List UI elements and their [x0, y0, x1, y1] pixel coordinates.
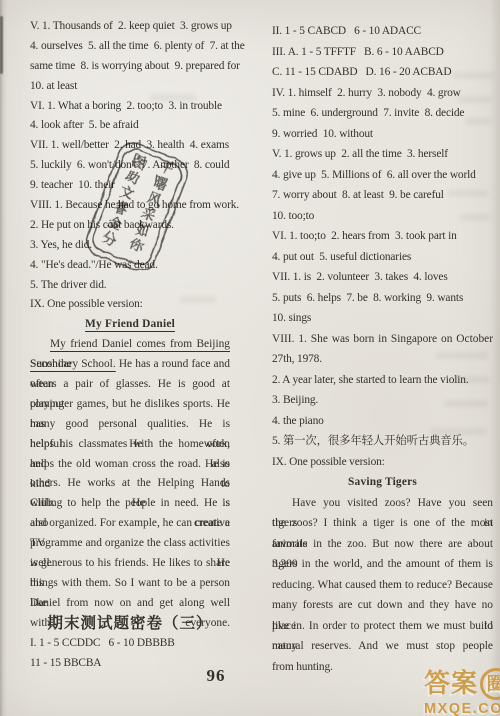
text-segment: 4. ourselves 5. all the time 6. plenty o…: [30, 40, 245, 52]
text-segment: natural reserves. And we must stop peopl…: [272, 640, 493, 652]
text-line: VI. 1. too;to 2. hears from 3. took part…: [272, 226, 493, 247]
text-segment: 9. worried 10. without: [272, 128, 373, 140]
text-line: 2. A year later, she started to learn th…: [272, 370, 493, 391]
text-line: 4. give up 5. Millions of 6. all over th…: [272, 165, 493, 186]
text-line: the zoos? I think a tiger is one of the …: [272, 513, 493, 534]
scan-edge-shadow-left: [0, 0, 7, 716]
text-segment: 10. too;to: [272, 210, 314, 222]
text-segment: same time 8. is worrying about 9. prepar…: [30, 60, 240, 72]
text-segment: tigers in the world, and the amount of t…: [272, 558, 493, 570]
text-line: willing to help the people in need. He i…: [30, 494, 230, 514]
text-line: II. 1 - 5 CABCD 6 - 10 ADACC: [272, 21, 493, 42]
essay-title: My Friend Daniel: [30, 315, 230, 335]
text-line: natural reserves. And we must stop peopl…: [272, 636, 493, 657]
text-line: I. 1 - 5 CCDDC 6 - 10 DBBBB: [30, 634, 230, 654]
text-line: VIII. 1. She was born in Singapore on Oc…: [272, 329, 493, 350]
text-segment: 5. mine 6. underground 7. invite 8. deci…: [272, 107, 464, 119]
text-segment: 5. puts 6. helps 7. be 8. working 9. wan…: [272, 292, 463, 304]
text-line: others. He works at the Helping Hands Cl…: [30, 474, 230, 494]
text-line: animals in the zoo. But now there are ab…: [272, 534, 493, 555]
watermark-circled-char: 圈: [480, 668, 500, 700]
text-line: Daniel from now on and get along well wi…: [30, 594, 230, 614]
text-segment: 10. sings: [272, 312, 311, 324]
text-line: V. 1. grows up 2. all the time 3. hersel…: [272, 144, 493, 165]
text-segment: 10. at least: [30, 80, 77, 92]
text-segment: from hunting.: [272, 661, 333, 673]
text-line: 10. too;to: [272, 206, 493, 227]
watermark-site-url: MXQE.COM: [424, 701, 500, 716]
text-segment: II. 1 - 5 CABCD 6 - 10 ADACC: [272, 25, 421, 37]
text-segment: 4. look after 5. be afraid: [30, 119, 139, 131]
text-segment: V. 1. grows up 2. all the time 3. hersel…: [272, 148, 448, 160]
text-line: many forests are cut down and they have …: [272, 595, 493, 616]
text-segment: VIII. 1. She was born in Singapore on Oc…: [272, 333, 493, 345]
page-number: 96: [196, 666, 236, 686]
text-line: 5. puts 6. helps 7. be 8. working 9. wan…: [272, 288, 493, 309]
text-segment: 5. 第一次，很多年轻人开始听古典音乐。: [272, 435, 474, 447]
text-line: and organized. For example, he can creat…: [30, 514, 230, 534]
scanned-answer-sheet-page: V. 1. Thousands of 2. keep quiet 3. grow…: [0, 0, 500, 716]
text-line: computer games, but he dislikes sports. …: [30, 395, 230, 415]
text-line: 27th, 1978.: [272, 349, 493, 370]
text-segment: VII. 1. is 2. volunteer 3. takes 4. love…: [272, 271, 448, 283]
text-line: IV. 1. himself 2. hurry 3. nobody 4. gro…: [272, 83, 493, 104]
text-line: C. 11 - 15 CDABD D. 16 - 20 ACBAD: [272, 62, 493, 83]
answers-column-right: II. 1 - 5 CABCD 6 - 10 ADACCIII. A. 1 - …: [272, 21, 493, 677]
text-segment: IX. One possible version:: [30, 298, 143, 310]
text-line: 5. 第一次，很多年轻人开始听古典音乐。: [272, 431, 493, 452]
text-line: 3. Beijing.: [272, 390, 493, 411]
text-segment: 4. give up 5. Millions of 6. all over th…: [272, 169, 476, 181]
text-segment: V. 1. Thousands of 2. keep quiet 3. grow…: [30, 20, 232, 32]
text-line: 10. at least: [30, 77, 230, 97]
underlined-text: Secondary School.: [30, 358, 116, 370]
text-segment: 7. worry about 8. at least 9. be careful: [272, 189, 444, 201]
text-segment: VI. 1. What a boring 2. too;to 3. in tro…: [30, 100, 222, 112]
text-line: programme and organize the class activit…: [30, 534, 230, 554]
text-line: many good personal qualities. He is help…: [30, 415, 230, 435]
text-line: VI. 1. What a boring 2. too;to 3. in tro…: [30, 97, 230, 117]
essay-title: Saving Tigers: [272, 472, 493, 493]
text-segment: 3. Beijing.: [272, 394, 318, 406]
scan-edge-mark: [0, 16, 3, 74]
text-segment: IX. One possible version:: [272, 456, 385, 468]
text-segment: 期末测试题密卷（三）: [47, 615, 212, 632]
text-line: 4. look after 5. be afraid: [30, 116, 230, 136]
text-line: is generous to his friends. He likes to …: [30, 554, 230, 574]
text-line: VII. 1. is 2. volunteer 3. takes 4. love…: [272, 267, 493, 288]
text-segment: 5. The driver did.: [30, 279, 107, 291]
text-line: My friend Daniel comes from Beijing Suns…: [30, 335, 230, 355]
text-line: 4. ourselves 5. all the time 6. plenty o…: [30, 37, 230, 57]
text-line: things with them. So I want to be a pers…: [30, 574, 230, 594]
text-line: Have you visited zoos? Have you seen tig…: [272, 493, 493, 514]
text-segment: VI. 1. too;to 2. hears from 3. took part…: [272, 230, 457, 242]
text-line: wears a pair of glasses. He is good at p…: [30, 375, 230, 395]
text-line: 4. the piano: [272, 411, 493, 432]
text-segment: C. 11 - 15 CDABD D. 16 - 20 ACBAD: [272, 66, 451, 78]
text-segment: 4. the piano: [272, 415, 324, 427]
text-segment: 11 - 15 BBCBA: [30, 657, 101, 669]
text-segment: 4. put out 5. useful dictionaries: [272, 251, 411, 263]
watermark-brand-text: 答案: [424, 668, 478, 698]
text-segment: 27th, 1978.: [272, 353, 322, 365]
answers-column-left: V. 1. Thousands of 2. keep quiet 3. grow…: [30, 17, 230, 673]
watermark-brand: 答案圈: [424, 663, 500, 700]
section-heading: 期末测试题密卷（三）: [30, 614, 230, 634]
text-line: helps the old woman cross the road. He i…: [30, 455, 230, 475]
text-line: IX. One possible version:: [272, 452, 493, 473]
text-line: reducing. What caused them to reduce? Be…: [272, 575, 493, 596]
text-segment: I. 1 - 5 CCDDC 6 - 10 DBBBB: [30, 637, 175, 649]
text-line: helps his classmates with the homework, …: [30, 435, 230, 455]
text-line: Secondary School. He has a round face an…: [30, 355, 230, 375]
text-line: IX. One possible version:: [30, 295, 230, 315]
text-segment: IV. 1. himself 2. hurry 3. nobody 4. gro…: [272, 87, 461, 99]
text-line: live in. In order to protect them we mus…: [272, 616, 493, 637]
text-line: same time 8. is worrying about 9. prepar…: [30, 57, 230, 77]
text-segment: III. A. 1 - 5 TFFTF B. 6 - 10 AABCD: [272, 46, 444, 58]
text-line: 4. put out 5. useful dictionaries: [272, 247, 493, 268]
text-segment: 2. A year later, she started to learn th…: [272, 374, 469, 386]
answer-site-watermark: 答案圈 MXQE.COM: [424, 663, 500, 716]
text-line: III. A. 1 - 5 TFFTF B. 6 - 10 AABCD: [272, 42, 493, 63]
text-segment: Saving Tigers: [348, 476, 417, 488]
text-line: 9. worried 10. without: [272, 124, 493, 145]
text-segment: reducing. What caused them to reduce? Be…: [272, 579, 493, 591]
underlined-text: My Friend Daniel: [85, 318, 175, 330]
text-line: 5. mine 6. underground 7. invite 8. deci…: [272, 103, 493, 124]
text-line: 7. worry about 8. at least 9. be careful: [272, 185, 493, 206]
text-line: 10. sings: [272, 308, 493, 329]
text-line: tigers in the world, and the amount of t…: [272, 554, 493, 575]
text-line: 5. The driver did.: [30, 276, 230, 296]
text-line: V. 1. Thousands of 2. keep quiet 3. grow…: [30, 17, 230, 37]
